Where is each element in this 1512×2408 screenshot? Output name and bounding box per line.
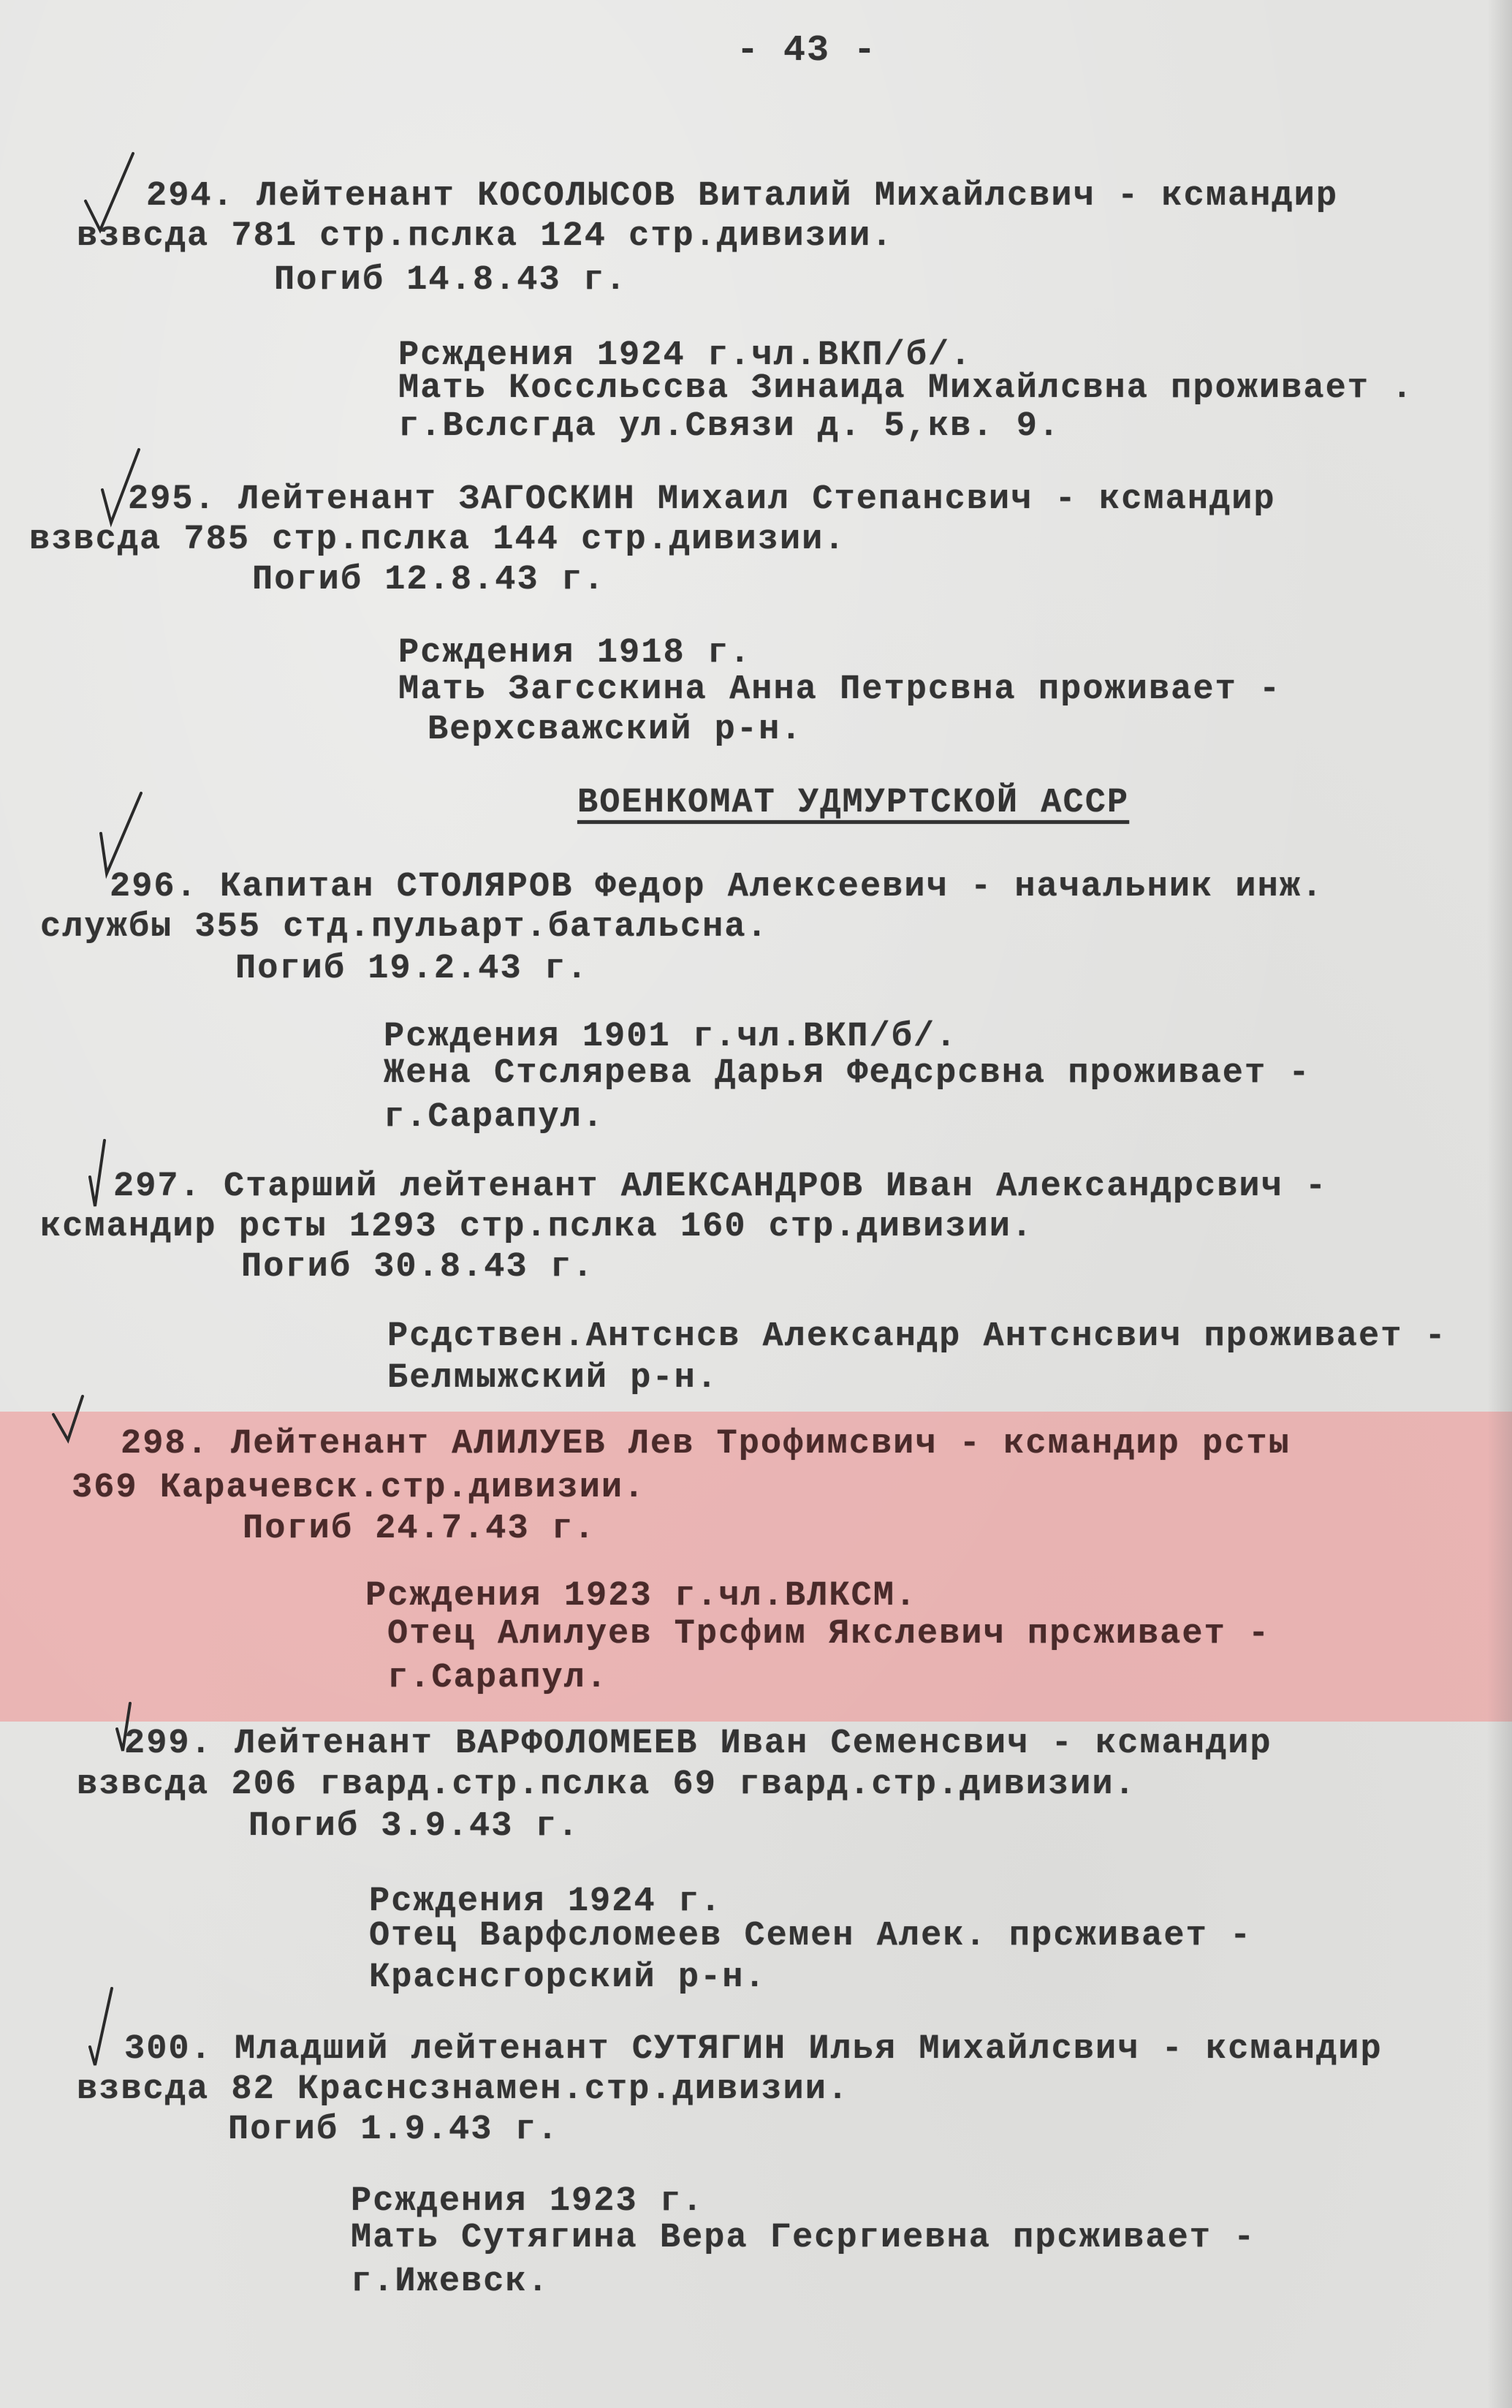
entry-298-relative: Отец Алилуев Трсфим Якслевич прсживает - <box>387 1617 1270 1651</box>
entry-298-birth: Рсждения 1923 г.чл.ВЛКСМ. <box>365 1579 917 1613</box>
entry-296-line2: службы 355 стд.пульарт.батальсна. <box>40 910 769 944</box>
entry-295-address: Верхсважский р-н. <box>428 713 802 747</box>
checkmark-icon <box>94 790 159 877</box>
entry-295-line2: взвсда 785 стр.пслка 144 стр.дивизии. <box>29 523 846 557</box>
entry-296-relative: Жена Стслярева Дарья Федсрсвна проживает… <box>384 1056 1311 1091</box>
page-edge-shadow <box>1487 0 1512 2408</box>
entry-298-death: Погиб 24.7.43 г. <box>243 1512 596 1546</box>
entry-299-address: Краснсгорский р-н. <box>369 1961 767 1995</box>
entry-299-death: Погиб 3.9.43 г. <box>248 1809 580 1844</box>
entry-294-line2: взвсда 781 стр.пслка 124 стр.дивизии. <box>77 219 894 254</box>
entry-299-relative: Отец Варфсломеев Семен Алек. прсживает - <box>369 1919 1252 1953</box>
entry-294-relative: Мать Коссльссва Зинаида Михайлсвна прожи… <box>398 371 1413 406</box>
entry-298-line2: 369 Карачевск.стр.дивизии. <box>72 1471 645 1505</box>
entry-300-birth: Рсждения 1923 г. <box>351 2184 704 2219</box>
entry-297-address: Белмыжский р-н. <box>387 1361 718 1396</box>
entry-295-birth: Рсждения 1918 г. <box>398 636 751 670</box>
page-number: - 43 - <box>737 33 877 69</box>
entry-295-death: Погиб 12.8.43 г. <box>252 563 605 597</box>
checkmark-icon <box>50 1393 115 1480</box>
entry-297-death: Погиб 30.8.43 г. <box>241 1250 594 1284</box>
entry-300-death: Погиб 1.9.43 г. <box>228 2113 559 2147</box>
entry-294-birth: Рсждения 1924 г.чл.ВКП/б/. <box>398 338 972 373</box>
section-title-udmurt-voenkomat: ВОЕНКОМАТ УДМУРТСКОЙ АССР <box>577 786 1129 820</box>
entry-297-line2: ксмандир рсты 1293 стр.пслка 160 стр.див… <box>40 1210 1033 1244</box>
entry-300-line1: 300. Младший лейтенант СУТЯГИН Илья Миха… <box>124 2032 1383 2067</box>
entry-299-line1: 299. Лейтенант ВАРФОЛОМЕЕВ Иван Семенсви… <box>124 1727 1272 1761</box>
entry-296-line1: 296. Капитан СТОЛЯРОВ Федор Алексеевич -… <box>110 870 1323 904</box>
entry-295-relative: Мать Загсскина Анна Петрсвна проживает - <box>398 673 1281 707</box>
entry-294-address: г.Вслсгда ул.Связи д. 5,кв. 9. <box>398 409 1060 444</box>
entry-298-line1: 298. Лейтенант АЛИЛУЕВ Лев Трофимсвич - … <box>121 1427 1291 1461</box>
entry-296-address: г.Сарапул. <box>384 1100 604 1135</box>
entry-294-death: Погиб 14.8.43 г. <box>274 263 627 298</box>
entry-297-relative: Рсдствен.Антснсв Александр Антснсвич про… <box>387 1320 1447 1354</box>
entry-300-line2: взвсда 82 Краснсзнамен.стр.дивизии. <box>77 2072 849 2107</box>
entry-298-address: г.Сарапул. <box>387 1661 608 1695</box>
entry-296-birth: Рсждения 1901 г.чл.ВКП/б/. <box>384 1020 957 1054</box>
entry-294-line1: 294. Лейтенант КОСОЛЫСОВ Виталий Михайлс… <box>146 179 1338 213</box>
entry-300-relative: Мать Сутягина Вера Гесргиевна прсживает … <box>351 2221 1255 2255</box>
entry-295-line1: 295. Лейтенант ЗАГОСКИН Михаил Степансви… <box>128 482 1276 517</box>
entry-299-line2: взвсда 206 гвард.стр.пслка 69 гвард.стр.… <box>77 1768 1136 1802</box>
entry-300-address: г.Ижевск. <box>351 2265 550 2299</box>
entry-297-line1: 297. Старший лейтенант АЛЕКСАНДРОВ Иван … <box>113 1170 1327 1204</box>
entry-299-birth: Рсждения 1924 г. <box>369 1885 722 1919</box>
entry-296-death: Погиб 19.2.43 г. <box>235 952 588 986</box>
